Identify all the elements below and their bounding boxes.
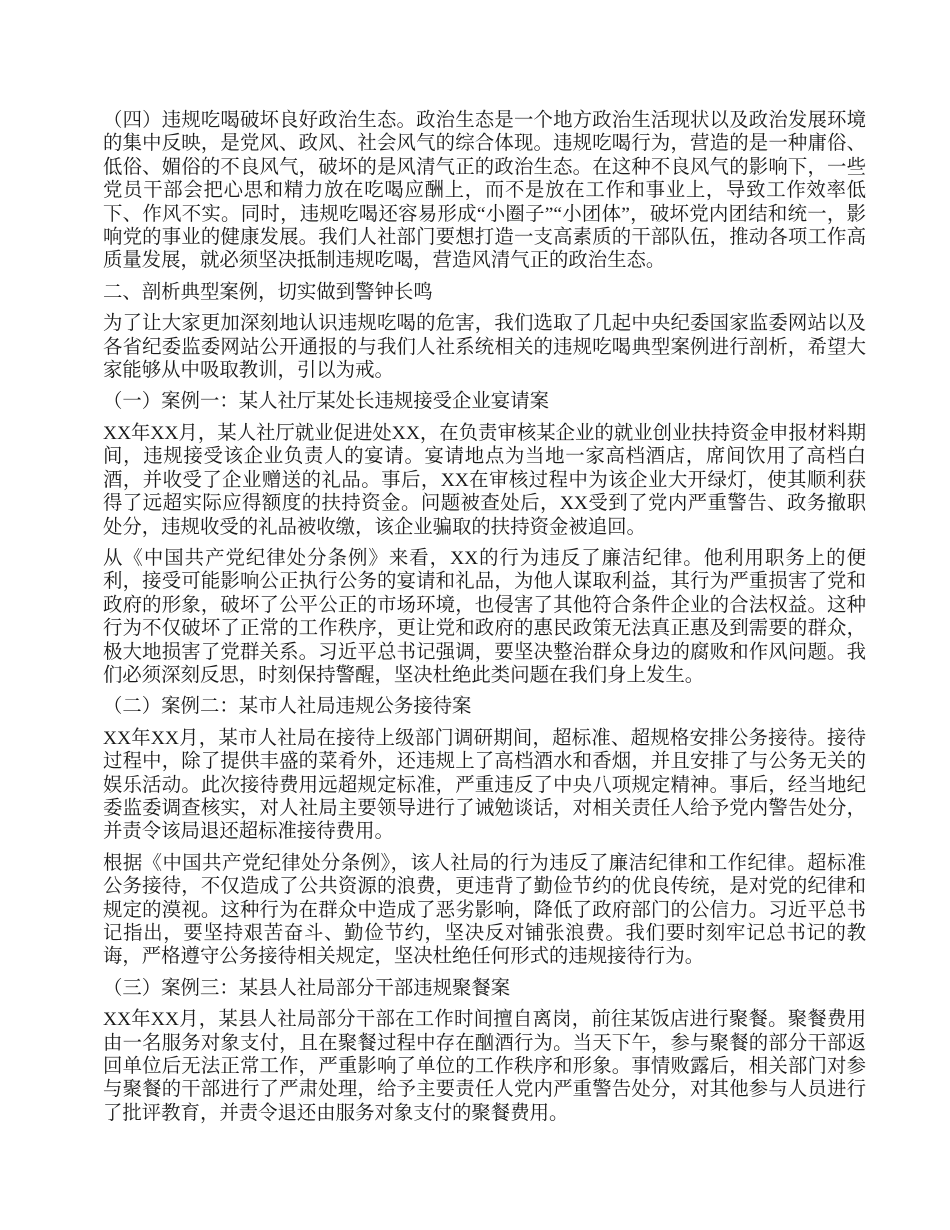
body-paragraph: XX年XX月，某县人社局部分干部在工作时间擅自离岗，前往某饭店进行聚餐。聚餐费用… [103, 1008, 866, 1125]
document-page: （四）违规吃喝破坏良好政治生态。政治生态是一个地方政治生活现状以及政治发展环境的… [0, 0, 950, 1230]
body-paragraph: 根据《中国共产党纪律处分条例》，该人社局的行为违反了廉洁纪律和工作纪律。超标准公… [103, 852, 866, 969]
section-heading: （一）案例一：某人社厅某处长违规接受企业宴请案 [103, 390, 866, 413]
section-heading: （三）案例三：某县人社局部分干部违规聚餐案 [103, 977, 866, 1000]
body-paragraph: 为了让大家更加深刻地认识违规吃喝的危害，我们选取了几起中央纪委国家监委网站以及各… [103, 312, 866, 382]
body-paragraph: XX年XX月，某市人社局在接待上级部门调研期间，超标准、超规格安排公务接待。接待… [103, 727, 866, 844]
section-heading: 二、剖析典型案例，切实做到警钟长鸣 [103, 281, 866, 304]
section-heading: （二）案例二：某市人社局违规公务接待案 [103, 695, 866, 718]
body-paragraph: XX年XX月，某人社厅就业促进处XX，在负责审核某企业的就业创业扶持资金申报材料… [103, 422, 866, 539]
body-paragraph: 从《中国共产党纪律处分条例》来看，XX的行为违反了廉洁纪律。他利用职务上的便利，… [103, 547, 866, 687]
document-body: （四）违规吃喝破坏良好政治生态。政治生态是一个地方政治生活现状以及政治发展环境的… [103, 109, 866, 1133]
body-paragraph: （四）违规吃喝破坏良好政治生态。政治生态是一个地方政治生活现状以及政治发展环境的… [103, 109, 866, 273]
